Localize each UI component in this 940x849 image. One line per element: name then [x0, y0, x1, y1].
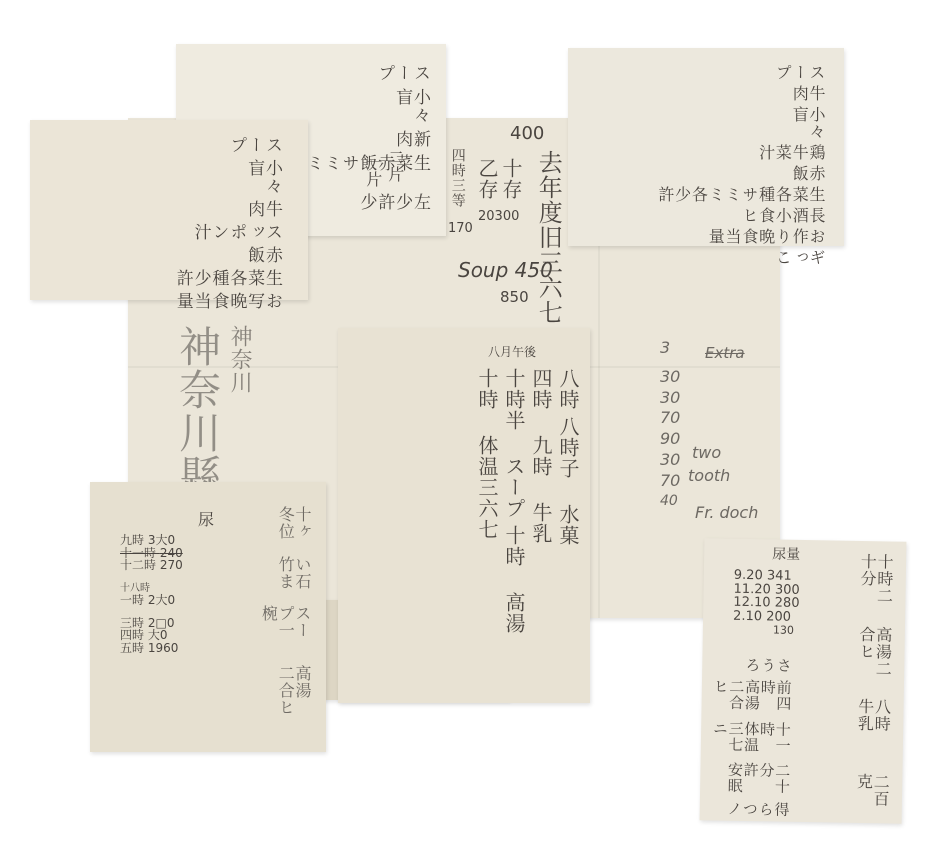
- text: 八時子 水菓: [557, 416, 578, 546]
- large-sheet-right-column: 去年度旧三六七: [535, 150, 560, 340]
- text: 30: [660, 452, 690, 469]
- text: 赤飯: [173, 246, 280, 264]
- time: 十二時: [120, 558, 156, 572]
- urine-entries: 九時 3大0 十一時 240 十二時 270 十八時 一時 2大0 三時 2□0…: [120, 534, 183, 655]
- text: 3: [660, 340, 690, 357]
- text: お作り 晩食当量: [656, 228, 824, 245]
- text: 小々盲: [656, 106, 824, 140]
- text: 70: [660, 473, 690, 490]
- note-lines-left: さうろ 前四時 高湯二合ヒ 十一時 体温三七ニ 二十分 許 安眠 得らつノ: [710, 656, 792, 817]
- english-word-two: two: [692, 445, 721, 462]
- english-word-tooth: tooth: [688, 468, 730, 485]
- text: 高湯二合ヒ: [856, 626, 891, 693]
- text: スープ一椀: [260, 605, 310, 655]
- value: 130: [773, 623, 794, 636]
- bottom-right-note: 尿量 9.20 341 11.20 300 12.10 280 2.10 200…: [700, 538, 907, 823]
- large-sheet-170: 170: [448, 222, 473, 236]
- text: 30: [660, 390, 690, 407]
- entry: 一時 2大0: [120, 594, 183, 607]
- text: 十一時 体温三七ニ: [711, 720, 790, 757]
- text: さうろ: [712, 656, 791, 673]
- note-header: 八月午後: [488, 346, 536, 359]
- text: 左少 許少: [303, 193, 428, 214]
- note-lines: スープ 小々盲 新肉 生菜赤飯 サミミ 左少 許少: [303, 64, 428, 214]
- text: 小々盲: [303, 88, 428, 124]
- text: 前四時 高湯二合ヒ: [711, 678, 790, 715]
- text: 十時 高湯: [503, 525, 524, 634]
- large-sheet-soup-total: 850: [500, 290, 529, 306]
- text: 神奈川縣: [173, 325, 222, 497]
- large-sheet-soup: Soup 450: [458, 260, 553, 281]
- text: 90: [660, 431, 690, 448]
- text: 生菜各種 サミミ 各少許: [656, 186, 824, 203]
- note-header: 尿: [198, 512, 214, 529]
- text: 去年度旧: [534, 150, 562, 250]
- note-lines-right: 十時二十分 高湯二合ヒ 八時 牛乳 二百克: [854, 553, 892, 814]
- right-english-numbers: 3 30 30 70 90 30 70 40: [660, 340, 690, 508]
- text: 生菜各種少許: [173, 269, 280, 287]
- text: 牛肉: [173, 200, 280, 218]
- text: 赤飯: [656, 165, 824, 182]
- text: ギっこ: [656, 249, 824, 266]
- bottom-left-note: 尿 九時 3大0 十一時 240 十二時 270 十八時 一時 2大0 三時 2…: [90, 482, 326, 752]
- text: 十ヶ冬位: [260, 506, 310, 546]
- note-right-mark: 二片: [386, 149, 403, 183]
- text: スープ: [656, 64, 824, 81]
- text: 牛肉: [656, 85, 824, 102]
- time: 一時: [120, 593, 144, 607]
- note-right-mark: 一片: [364, 154, 381, 188]
- text: 長酒 小食ヒ: [656, 207, 824, 224]
- text: 70: [660, 410, 690, 427]
- text: お写 晩食当量: [173, 292, 280, 310]
- entry: 五時 1960: [120, 642, 183, 655]
- top-left-note: スープ 小々盲 牛肉 スッポン汁 赤飯 生菜各種少許 お写 晩食当量: [30, 120, 308, 300]
- text: 八時: [557, 368, 578, 410]
- english-word-crossed: Extra: [705, 346, 745, 362]
- text: 小々盲: [173, 159, 280, 195]
- text: 三等: [450, 178, 466, 208]
- large-sheet-name-2: 神奈川: [228, 325, 251, 394]
- large-sheet-top-number: 400: [510, 125, 544, 144]
- text: 40: [660, 494, 690, 509]
- text: 新肉: [303, 130, 428, 148]
- text: 二百克: [854, 773, 888, 814]
- text: 30: [660, 369, 690, 386]
- note-lines: 八時 八時子 水菓 四時 九時 牛乳 十時半 スープ 十時 高湯 十時 体温三六…: [476, 368, 578, 688]
- text: 高湯 二合ヒ: [260, 665, 310, 726]
- large-sheet-20300: 20300: [478, 210, 519, 224]
- entry: 130: [733, 623, 799, 636]
- entry: 2.10 200: [733, 610, 799, 625]
- urine-entries: 9.20 341 11.20 300 12.10 280 2.10 200 13…: [733, 569, 800, 636]
- text: 乙存: [475, 158, 499, 200]
- english-word-doch: Fr. doch: [695, 505, 758, 522]
- large-sheet-left-notes: 四時三等: [450, 148, 465, 228]
- note-lines: スープ 牛肉 小々盲 鶏牛菜汁 赤飯 生菜各種 サミミ 各少許 長酒 小食ヒ お…: [656, 64, 824, 239]
- text: 鶏牛菜汁: [656, 144, 824, 161]
- text: スープ: [303, 64, 428, 82]
- note-lines: スープ 小々盲 牛肉 スッポン汁 赤飯 生菜各種少許 お写 晩食当量: [173, 136, 280, 296]
- text: い石竹ま: [260, 556, 310, 596]
- value: 270: [160, 558, 183, 572]
- time: 五時: [120, 641, 144, 655]
- top-right-note: スープ 牛肉 小々盲 鶏牛菜汁 赤飯 生菜各種 サミミ 各少許 長酒 小食ヒ お…: [568, 48, 844, 246]
- text: 四時: [450, 148, 466, 178]
- text: 四時 九時 牛乳: [530, 368, 551, 544]
- text: 十存: [499, 158, 523, 200]
- text: 得らつノ: [710, 800, 789, 817]
- middle-note: 八月午後 八時 八時子 水菓 四時 九時 牛乳 十時半 スープ 十時 高湯 十時…: [338, 328, 590, 703]
- note-header: 尿量: [772, 547, 800, 562]
- value: 2大0: [148, 593, 175, 607]
- text: 神奈川: [227, 325, 252, 394]
- text: 十時半 スープ: [503, 368, 524, 519]
- large-sheet-name-1: 神奈川縣: [175, 325, 219, 497]
- text: 八時 牛乳: [855, 698, 890, 767]
- time: 2.10: [733, 609, 762, 625]
- text: スッポン汁: [173, 223, 280, 241]
- text: 十時 体温三六七: [476, 368, 497, 540]
- note-lines: 十ヶ冬位 い石竹ま スープ一椀 高湯 二合ヒ: [260, 506, 310, 726]
- text: スープ: [173, 136, 280, 154]
- value: 1960: [148, 641, 179, 655]
- entry: 十二時 270: [120, 559, 183, 572]
- text: 十時二十分: [857, 553, 892, 620]
- text: 二十分 許 安眠: [710, 762, 789, 796]
